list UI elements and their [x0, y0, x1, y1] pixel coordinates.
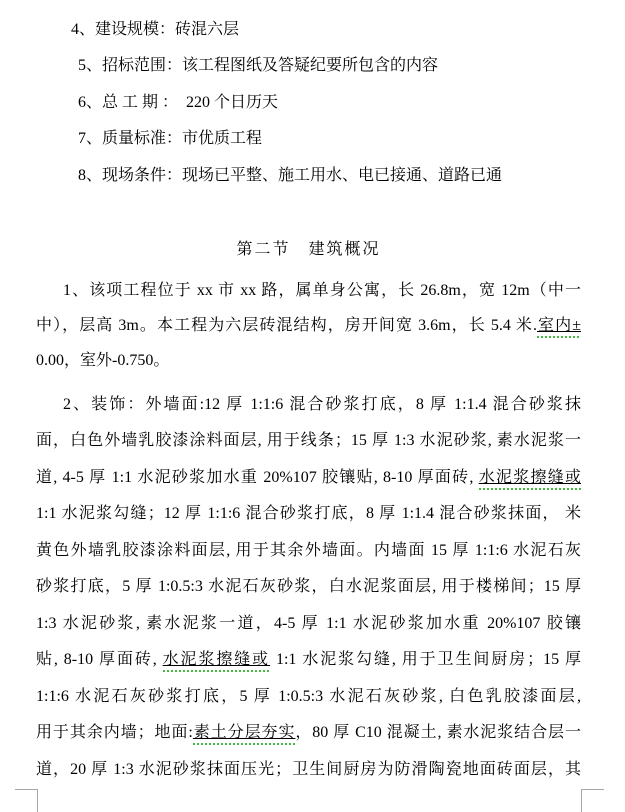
grammar-marked-phrase: 素土分层夯实: [193, 724, 296, 741]
list-item-8: 8、现场条件：现场已平整、施工用水、电已接通、道路已通: [78, 166, 502, 188]
list-item-4: 4、建设规模：砖混六层: [71, 20, 239, 42]
paragraph-2-line-7: 1:3 水泥砂浆, 素水泥浆一道，4-5 厚 1:1 水泥砂浆加水重 20%10…: [36, 614, 581, 636]
document-page[interactable]: 4、建设规模：砖混六层 5、招标范围：该工程图纸及答疑纪要所包含的内容 6、总 …: [0, 0, 625, 812]
paragraph-2-line-10-pre: 用于其余内墙；地面:: [36, 724, 193, 741]
paragraph-2-line-3-text: 道, 4-5 厚 1:1 水泥砂浆加水重 20%107 胶镶贴, 8-10 厚面…: [36, 469, 479, 486]
paragraph-2-line-4: 1:1 水泥浆勾缝；12 厚 1:1:6 混合砂浆打底，8 厚 1:1.4 混合…: [36, 504, 581, 526]
text-boundary-mark-right: [581, 789, 604, 812]
paragraph-2-line-8: 贴, 8-10 厚面砖, 水泥浆擦缝或 1:1 水泥浆勾缝, 用于卫生间厨房；1…: [36, 650, 581, 672]
paragraph-2-line-2: 面，白色外墙乳胶漆涂料面层, 用于线条；15 厚 1:3 水泥砂浆, 素水泥浆一: [36, 431, 581, 453]
section-heading: 第二节 建筑概况: [36, 240, 581, 262]
paragraph-1-line-3: 0.00，室外-0.750。: [36, 351, 581, 373]
paragraph-2-line-5: 黄色外墙乳胶漆涂料面层, 用于其余外墙面。内墙面 15 厚 1:1:6 水泥石灰: [36, 541, 581, 563]
list-item-7: 7、质量标准：市优质工程: [78, 129, 262, 151]
list-item-6: 6、总 工 期 ： 220 个日历天: [78, 93, 278, 115]
paragraph-2-line-1: 2、装饰：外墙面:12 厚 1:1:6 混合砂浆打底，8 厚 1:1.4 混合砂…: [36, 395, 581, 417]
grammar-marked-phrase: 水泥浆擦缝或: [163, 651, 270, 668]
paragraph-2-line-11: 道，20 厚 1:3 水泥砂浆抹面压光；卫生间厨房为防滑陶瓷地面砖面层，其: [36, 760, 581, 782]
grammar-marked-phrase: 室内±: [537, 317, 581, 334]
paragraph-2-line-3: 道, 4-5 厚 1:1 水泥砂浆加水重 20%107 胶镶贴, 8-10 厚面…: [36, 468, 581, 490]
text-boundary-mark-left: [15, 789, 38, 812]
paragraph-2-line-6: 砂浆打底，5 厚 1:0.5:3 水泥石灰砂浆，白水泥浆面层, 用于楼梯间；15…: [36, 577, 581, 599]
paragraph-2-line-9: 1:1:6 水泥石灰砂浆打底，5 厚 1:0.5:3 水泥石灰砂浆, 白色乳胶漆…: [36, 687, 581, 709]
paragraph-2-line-8-post: 1:1 水泥浆勾缝, 用于卫生间厨房；15 厚: [270, 651, 581, 668]
paragraph-1-line-2-text: 中），层高 3m。本工程为六层砖混结构，房开间宽 3.6m，长 5.4 米.: [36, 317, 537, 334]
grammar-marked-phrase: 水泥浆擦缝或: [479, 469, 581, 486]
paragraph-2-line-10-post: ，80 厚 C10 混凝土, 素水泥浆结合层一: [295, 724, 581, 741]
paragraph-1-line-1: 1、该项工程位于 xx 市 xx 路，属单身公寓，长 26.8m，宽 12m（中…: [36, 281, 581, 303]
list-item-5: 5、招标范围：该工程图纸及答疑纪要所包含的内容: [78, 56, 438, 78]
paragraph-1-line-2: 中），层高 3m。本工程为六层砖混结构，房开间宽 3.6m，长 5.4 米.室内…: [36, 316, 581, 338]
paragraph-2-line-10: 用于其余内墙；地面:素土分层夯实，80 厚 C10 混凝土, 素水泥浆结合层一: [36, 723, 581, 745]
paragraph-2-line-8-pre: 贴, 8-10 厚面砖,: [36, 651, 163, 668]
